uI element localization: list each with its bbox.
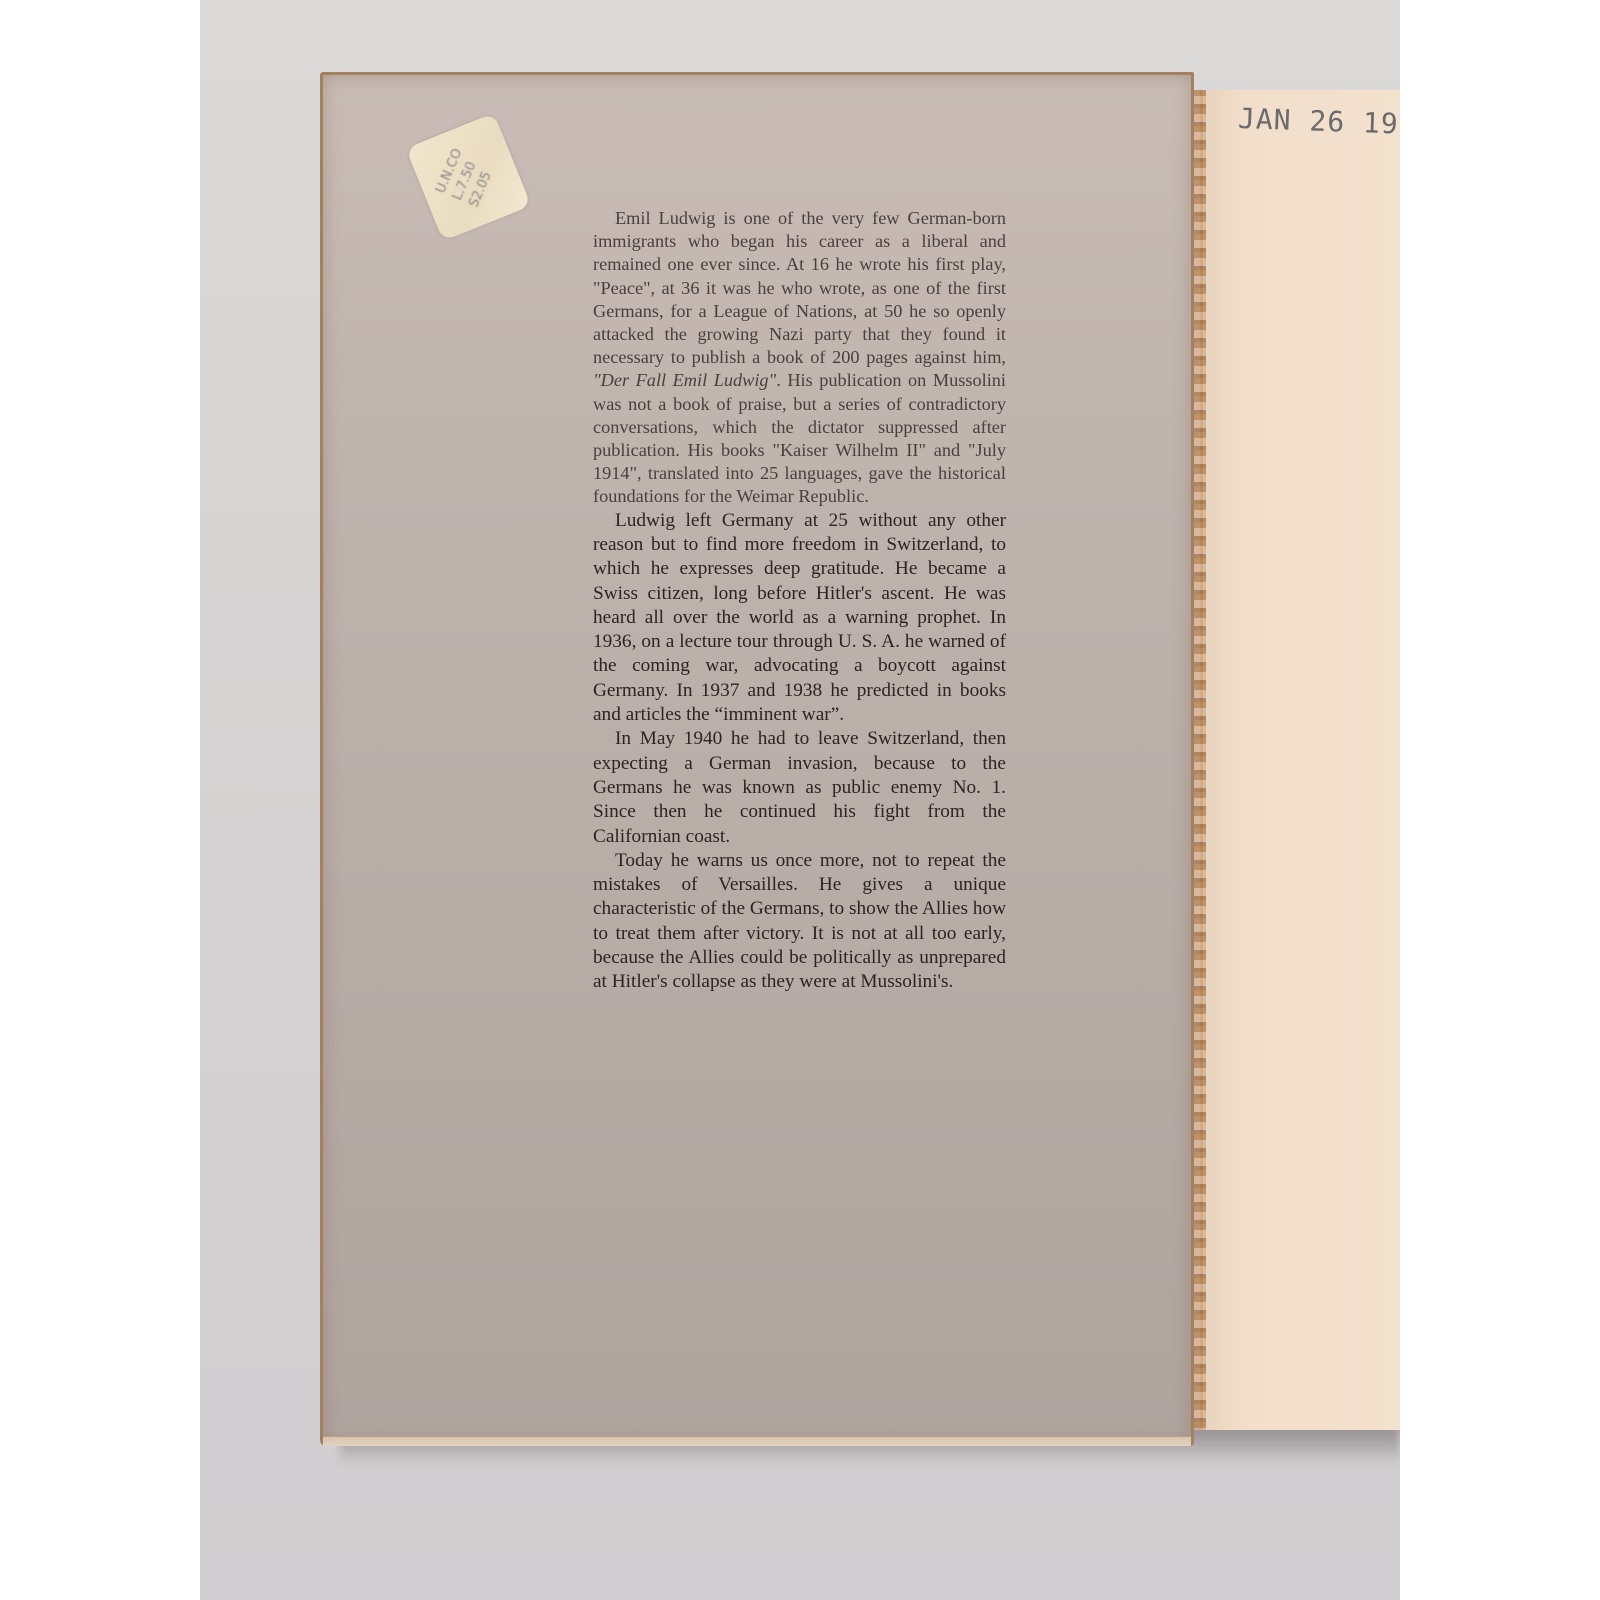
paragraph-today: Today he warns us once more, not to repe…: [593, 849, 1006, 995]
flap-bottom-edge: [323, 1436, 1191, 1446]
book-title-italic: "Der Fall Emil Ludwig": [593, 370, 776, 390]
date-stamp: JAN 26 194: [1237, 102, 1400, 141]
book-photo: JAN 26 194 U.N.CO L.7.50 S2.05 Emil Ludw…: [200, 0, 1400, 1600]
paragraph-switzerland: Ludwig left Germany at 25 without any ot…: [593, 509, 1006, 728]
paragraph-text: Emil Ludwig is one of the very few Germa…: [593, 208, 1006, 367]
book-endpaper: JAN 26 194: [1200, 90, 1400, 1430]
price-sticker: U.N.CO L.7.50 S2.05: [406, 113, 532, 241]
paragraph-1940: In May 1940 he had to leave Switzerland,…: [593, 727, 1006, 848]
sticker-text: U.N.CO L.7.50 S2.05: [433, 134, 506, 210]
dust-jacket-flap: U.N.CO L.7.50 S2.05 Emil Ludwig is one o…: [320, 72, 1194, 1446]
paragraph-text: . His publication on Mussolini was not a…: [593, 370, 1006, 506]
flap-text-block: Emil Ludwig is one of the very few Germa…: [593, 207, 1006, 995]
paragraph-intro: Emil Ludwig is one of the very few Germa…: [593, 207, 1006, 509]
